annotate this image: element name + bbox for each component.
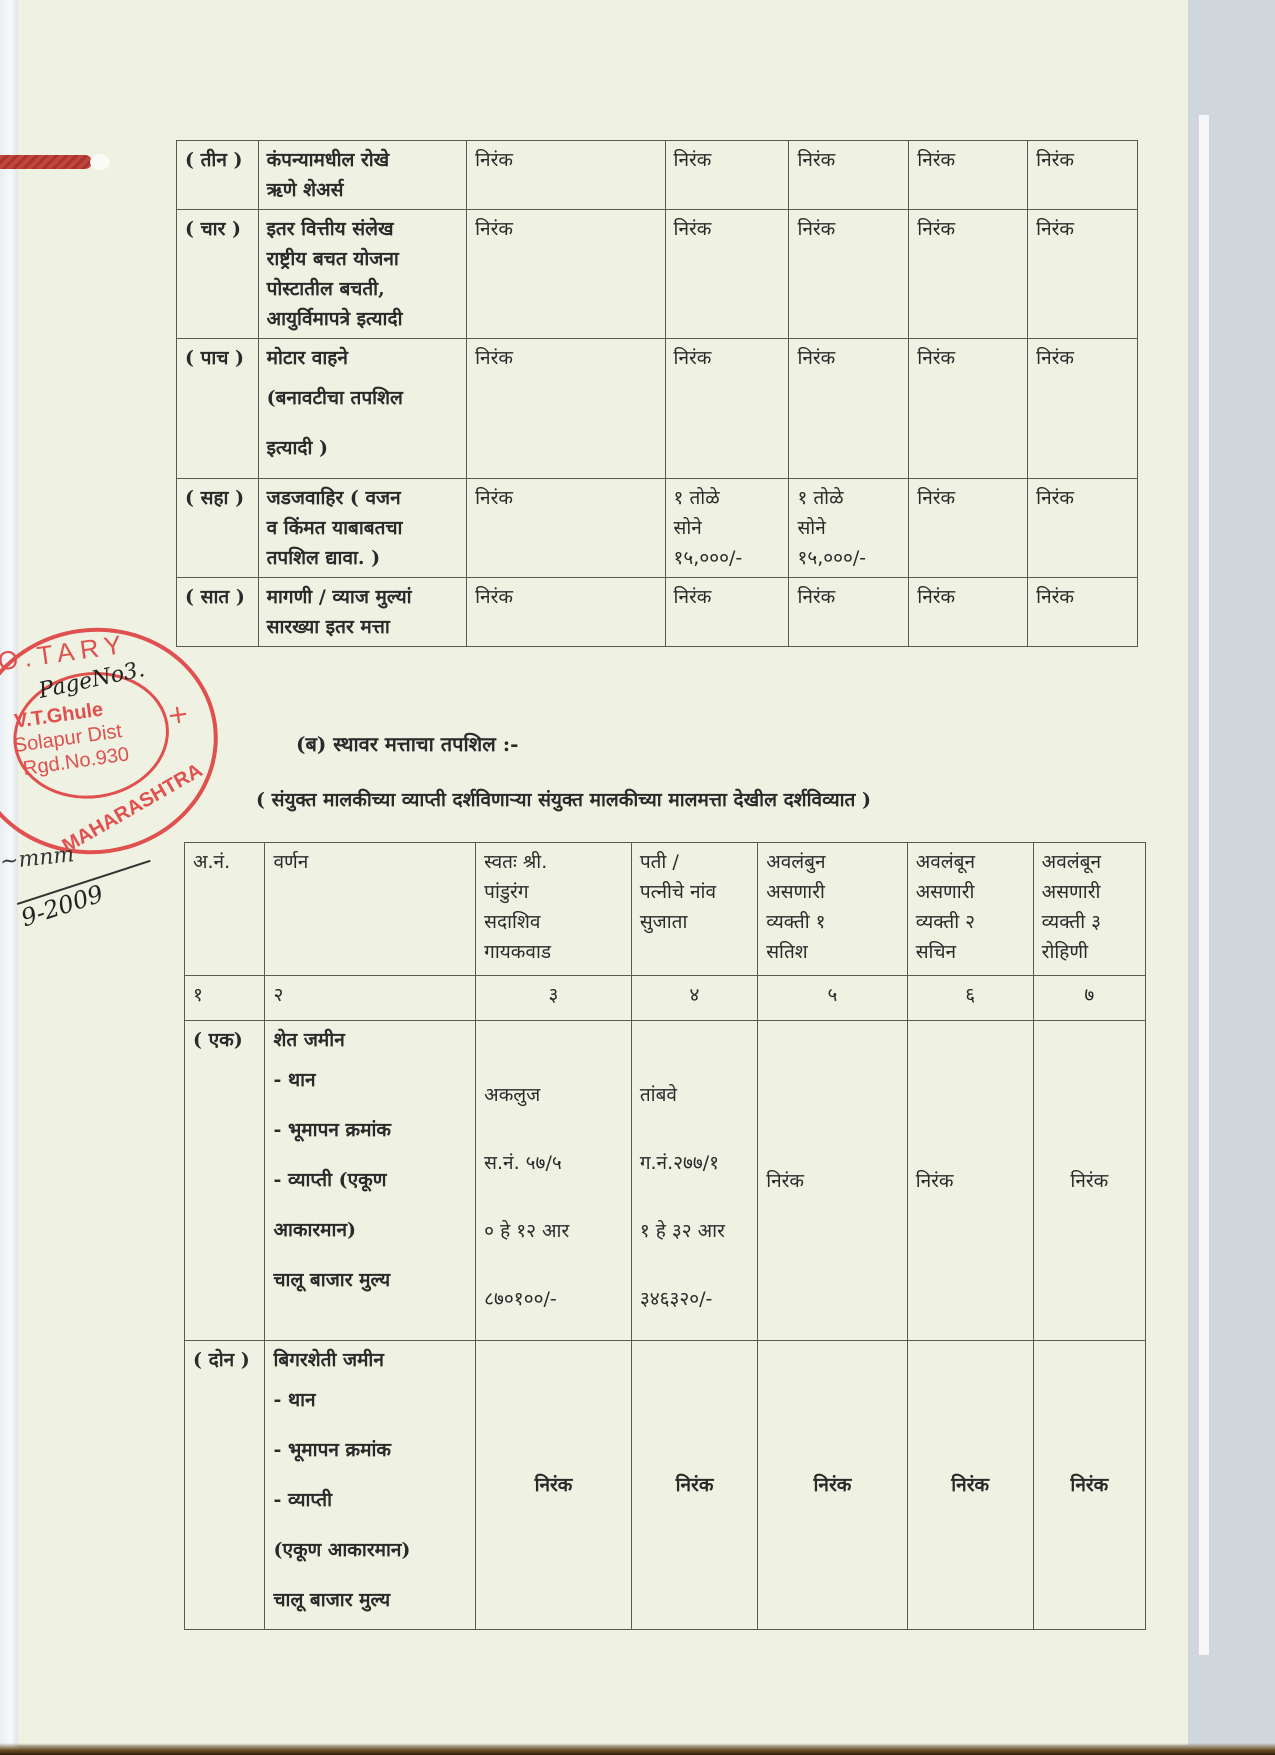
cell-line: सदाशिव (484, 907, 623, 937)
immovable-assets-table: अ.नं.वर्णनस्वतः श्री.पांडुरंगसदाशिवगायकव… (184, 842, 1146, 1630)
column-header: स्वतः श्री.पांडुरंगसदाशिवगायकवाड (476, 843, 632, 976)
scan-shadow (0, 1743, 1275, 1755)
column-number: ५ (758, 976, 908, 1021)
cell-line: कंपन्यामधील रोखे (267, 145, 459, 175)
cell-line: निरंक (797, 582, 900, 612)
value-cell: निरंक (467, 578, 665, 647)
cell-line: निरंक (797, 214, 900, 244)
value-cell: निरंक (789, 141, 909, 210)
cell-line: ऋणे शेअर्स (267, 175, 459, 205)
cell-line: निरंक (475, 343, 656, 373)
cell-line: वर्णन (273, 847, 467, 877)
cell-line: ० हे १२ आर (484, 1197, 623, 1265)
value-cell: निरंक (909, 578, 1028, 647)
cell-line: निरंक (1036, 145, 1129, 175)
cell-line: पती / (640, 847, 749, 877)
dependent_1-cell: निरंक (758, 1341, 908, 1630)
cell-line: अवलंबून (916, 847, 1025, 877)
cell-line: निरंक (475, 145, 656, 175)
cell-line: ८७०१००/- (484, 1265, 623, 1333)
cell-line: निरंक (475, 214, 656, 244)
table-header-row: अ.नं.वर्णनस्वतः श्री.पांडुरंगसदाशिवगायकव… (185, 843, 1146, 976)
dependent_1-cell: निरंक (758, 1021, 908, 1341)
cell-line: मागणी / व्याज मुल्यां (267, 582, 459, 612)
cell-line: निरंक (475, 483, 656, 513)
cell-line: ग.नं.२७७/१ (640, 1129, 749, 1197)
table-row: ( चार )इतर वित्तीय संलेखराष्ट्रीय बचत यो… (177, 210, 1138, 339)
spouse-cell: निरंक (631, 1341, 757, 1630)
movable-assets-table: ( तीन )कंपन्यामधील रोखेऋणे शेअर्सनिरंकनि… (176, 140, 1138, 647)
description-cell: कंपन्यामधील रोखेऋणे शेअर्स (258, 141, 467, 210)
value-cell: निरंक (467, 141, 665, 210)
column-number: ७ (1033, 976, 1145, 1021)
value-cell: निरंक (909, 339, 1028, 479)
cell-line: सुजाता (640, 907, 749, 937)
column-header: पती /पत्नीचे नांवसुजाता (631, 843, 757, 976)
description-cell: शेत जमीन- थान- भूमापन क्रमांक- व्याप्ती … (265, 1021, 476, 1341)
cell-line: रोहिणी (1042, 937, 1137, 967)
description-cell: मोटार वाहने(बनावटीचा तपशिलइत्यादी ) (258, 339, 467, 479)
value-cell: १ तोळेसोने१५,०००/- (789, 479, 909, 578)
cell-line: चालू बाजार मुल्य (273, 1575, 467, 1625)
section-b-note: ( संयुक्त मालकीच्या व्याप्ती दर्शविणाऱ्य… (256, 786, 871, 812)
cell-line: ३४६३२०/- (640, 1265, 749, 1333)
cell-line: जडजवाहिर ( वजन (267, 483, 459, 513)
cell-line: १ हे ३२ आर (640, 1197, 749, 1265)
cell-line: गायकवाड (484, 937, 623, 967)
value-cell: निरंक (909, 210, 1028, 339)
cell-line: अवलंबून (1042, 847, 1137, 877)
cell-line: निरंक (797, 343, 900, 373)
value-cell: निरंक (1028, 210, 1138, 339)
value-cell: निरंक (1028, 578, 1138, 647)
cell-line: मोटार वाहने (267, 343, 459, 373)
cell-line: सचिन (916, 937, 1025, 967)
column-number: ४ (631, 976, 757, 1021)
cell-line: निरंक (797, 145, 900, 175)
column-header: वर्णन (265, 843, 476, 976)
serial-cell: ( दोन ) (185, 1341, 265, 1630)
description-cell: बिगरशेती जमीन- थान- भूमापन क्रमांक- व्या… (265, 1341, 476, 1630)
self-cell: अकलुजस.नं. ५७/५० हे १२ आर८७०१००/- (476, 1021, 632, 1341)
punch-hole (90, 154, 110, 170)
cell-line: निरंक (917, 214, 1019, 244)
cell-line: सतिश (766, 937, 899, 967)
table-row: ( तीन )कंपन्यामधील रोखेऋणे शेअर्सनिरंकनि… (177, 141, 1138, 210)
serial-cell: ( सात ) (177, 578, 259, 647)
cell-line: व्यक्ती २ (916, 907, 1025, 937)
cell-line: आयुर्विमापत्रे इत्यादी (267, 304, 459, 334)
cell-line: निरंक (1036, 483, 1129, 513)
cell-line: १५,०००/- (797, 543, 900, 573)
cell-line: अ.नं. (193, 847, 256, 877)
value-cell: निरंक (665, 339, 789, 479)
cell-line: निरंक (475, 582, 656, 612)
cell-line: व्यक्ती ३ (1042, 907, 1137, 937)
column-header: अ.नं. (185, 843, 265, 976)
cell-line: - व्याप्ती (एकूण (273, 1155, 467, 1205)
spouse-cell: तांबवेग.नं.२७७/११ हे ३२ आर३४६३२०/- (631, 1021, 757, 1341)
column-header: अवलंबुनअसणारीव्यक्ती १सतिश (758, 843, 908, 976)
cell-line: पांडुरंग (484, 877, 623, 907)
cell-line: पत्नीचे नांव (640, 877, 749, 907)
value-cell: निरंक (665, 141, 789, 210)
value-cell: निरंक (1028, 479, 1138, 578)
cell-line: निरंक (917, 343, 1019, 373)
cell-line: बिगरशेती जमीन (273, 1345, 467, 1375)
cell-line: शेत जमीन (273, 1025, 467, 1055)
value-cell: निरंक (909, 141, 1028, 210)
value-cell: निरंक (1028, 339, 1138, 479)
cell-line: (बनावटीचा तपशिल (267, 373, 459, 423)
value-cell: निरंक (467, 339, 665, 479)
cell-line: - भूमापन क्रमांक (273, 1425, 467, 1475)
value-cell: निरंक (467, 210, 665, 339)
cell-line: व्यक्ती १ (766, 907, 899, 937)
column-header: अवलंबूनअसणारीव्यक्ती २सचिन (907, 843, 1033, 976)
cell-line: असणारी (916, 877, 1025, 907)
table-row: ( एक)शेत जमीन- थान- भूमापन क्रमांक- व्या… (185, 1021, 1146, 1341)
cell-line: अकलुज (484, 1061, 623, 1129)
cell-line: निरंक (917, 582, 1019, 612)
serial-cell: ( सहा ) (177, 479, 259, 578)
cell-line: व किंमत याबाबतचा (267, 513, 459, 543)
cell-line: चालू बाजार मुल्य (273, 1255, 467, 1305)
table-row: ( सात )मागणी / व्याज मुल्यांसारख्या इतर … (177, 578, 1138, 647)
cell-line: निरंक (674, 145, 781, 175)
serial-cell: ( चार ) (177, 210, 259, 339)
cell-line: इतर वित्तीय संलेख (267, 214, 459, 244)
binding-cord (0, 155, 92, 169)
cell-line: असणारी (766, 877, 899, 907)
cell-line: निरंक (674, 343, 781, 373)
cell-line: आकारमान) (273, 1205, 467, 1255)
cell-line: स्वतः श्री. (484, 847, 623, 877)
cell-line: इत्यादी ) (267, 423, 459, 473)
cell-line: - थान (273, 1375, 467, 1425)
star-icon: + (165, 699, 191, 732)
cell-line: सोने (797, 513, 900, 543)
value-cell: निरंक (467, 479, 665, 578)
section-b-heading: (ब) स्थावर मत्ताचा तपशिल :- (296, 730, 518, 757)
dependent_3-cell: निरंक (1033, 1341, 1145, 1630)
cell-line: निरंक (674, 214, 781, 244)
table-row: ( दोन )बिगरशेती जमीन- थान- भूमापन क्रमां… (185, 1341, 1146, 1630)
cell-line: निरंक (674, 582, 781, 612)
cell-line: निरंक (917, 145, 1019, 175)
description-cell: इतर वित्तीय संलेखराष्ट्रीय बचत योजनापोस्… (258, 210, 467, 339)
cell-line: सारख्या इतर मत्ता (267, 612, 459, 642)
cell-line: तांबवे (640, 1061, 749, 1129)
column-header: अवलंबूनअसणारीव्यक्ती ३रोहिणी (1033, 843, 1145, 976)
cell-line: (एकूण आकारमान) (273, 1525, 467, 1575)
value-cell: निरंक (665, 210, 789, 339)
cell-line: १ तोळे (674, 483, 781, 513)
dependent_3-cell: निरंक (1033, 1021, 1145, 1341)
value-cell: निरंक (909, 479, 1028, 578)
description-cell: मागणी / व्याज मुल्यांसारख्या इतर मत्ता (258, 578, 467, 647)
cell-line: निरंक (1036, 582, 1129, 612)
cell-line: - भूमापन क्रमांक (273, 1105, 467, 1155)
serial-cell: ( तीन ) (177, 141, 259, 210)
cell-line: तपशिल द्यावा. ) (267, 543, 459, 573)
table-row: ( सहा )जडजवाहिर ( वजनव किंमत याबाबतचातपश… (177, 479, 1138, 578)
cell-line: असणारी (1042, 877, 1137, 907)
cell-line: १५,०००/- (674, 543, 781, 573)
serial-cell: ( एक) (185, 1021, 265, 1341)
value-cell: निरंक (789, 210, 909, 339)
column-number: ३ (476, 976, 632, 1021)
description-cell: जडजवाहिर ( वजनव किंमत याबाबतचातपशिल द्या… (258, 479, 467, 578)
cell-line: स.नं. ५७/५ (484, 1129, 623, 1197)
cell-line: अवलंबुन (766, 847, 899, 877)
dependent_2-cell: निरंक (907, 1021, 1033, 1341)
cell-line: राष्ट्रीय बचत योजना (267, 244, 459, 274)
value-cell: १ तोळेसोने१५,०००/- (665, 479, 789, 578)
cell-line: सोने (674, 513, 781, 543)
cell-line: निरंक (1036, 214, 1129, 244)
cell-line: पोस्टातील बचती, (267, 274, 459, 304)
value-cell: निरंक (789, 339, 909, 479)
cell-line: - व्याप्ती (273, 1475, 467, 1525)
value-cell: निरंक (665, 578, 789, 647)
value-cell: निरंक (1028, 141, 1138, 210)
table-row: ( पाच )मोटार वाहने(बनावटीचा तपशिलइत्यादी… (177, 339, 1138, 479)
cell-line: १ तोळे (797, 483, 900, 513)
cell-line: निरंक (1036, 343, 1129, 373)
column-number-row: १२३४५६७ (185, 976, 1146, 1021)
column-number: २ (265, 976, 476, 1021)
column-number: १ (185, 976, 265, 1021)
self-cell: निरंक (476, 1341, 632, 1630)
cell-line: निरंक (917, 483, 1019, 513)
underlying-sheet-edge (1198, 115, 1209, 1655)
cell-line: - थान (273, 1055, 467, 1105)
value-cell: निरंक (789, 578, 909, 647)
dependent_2-cell: निरंक (907, 1341, 1033, 1630)
serial-cell: ( पाच ) (177, 339, 259, 479)
column-number: ६ (907, 976, 1033, 1021)
